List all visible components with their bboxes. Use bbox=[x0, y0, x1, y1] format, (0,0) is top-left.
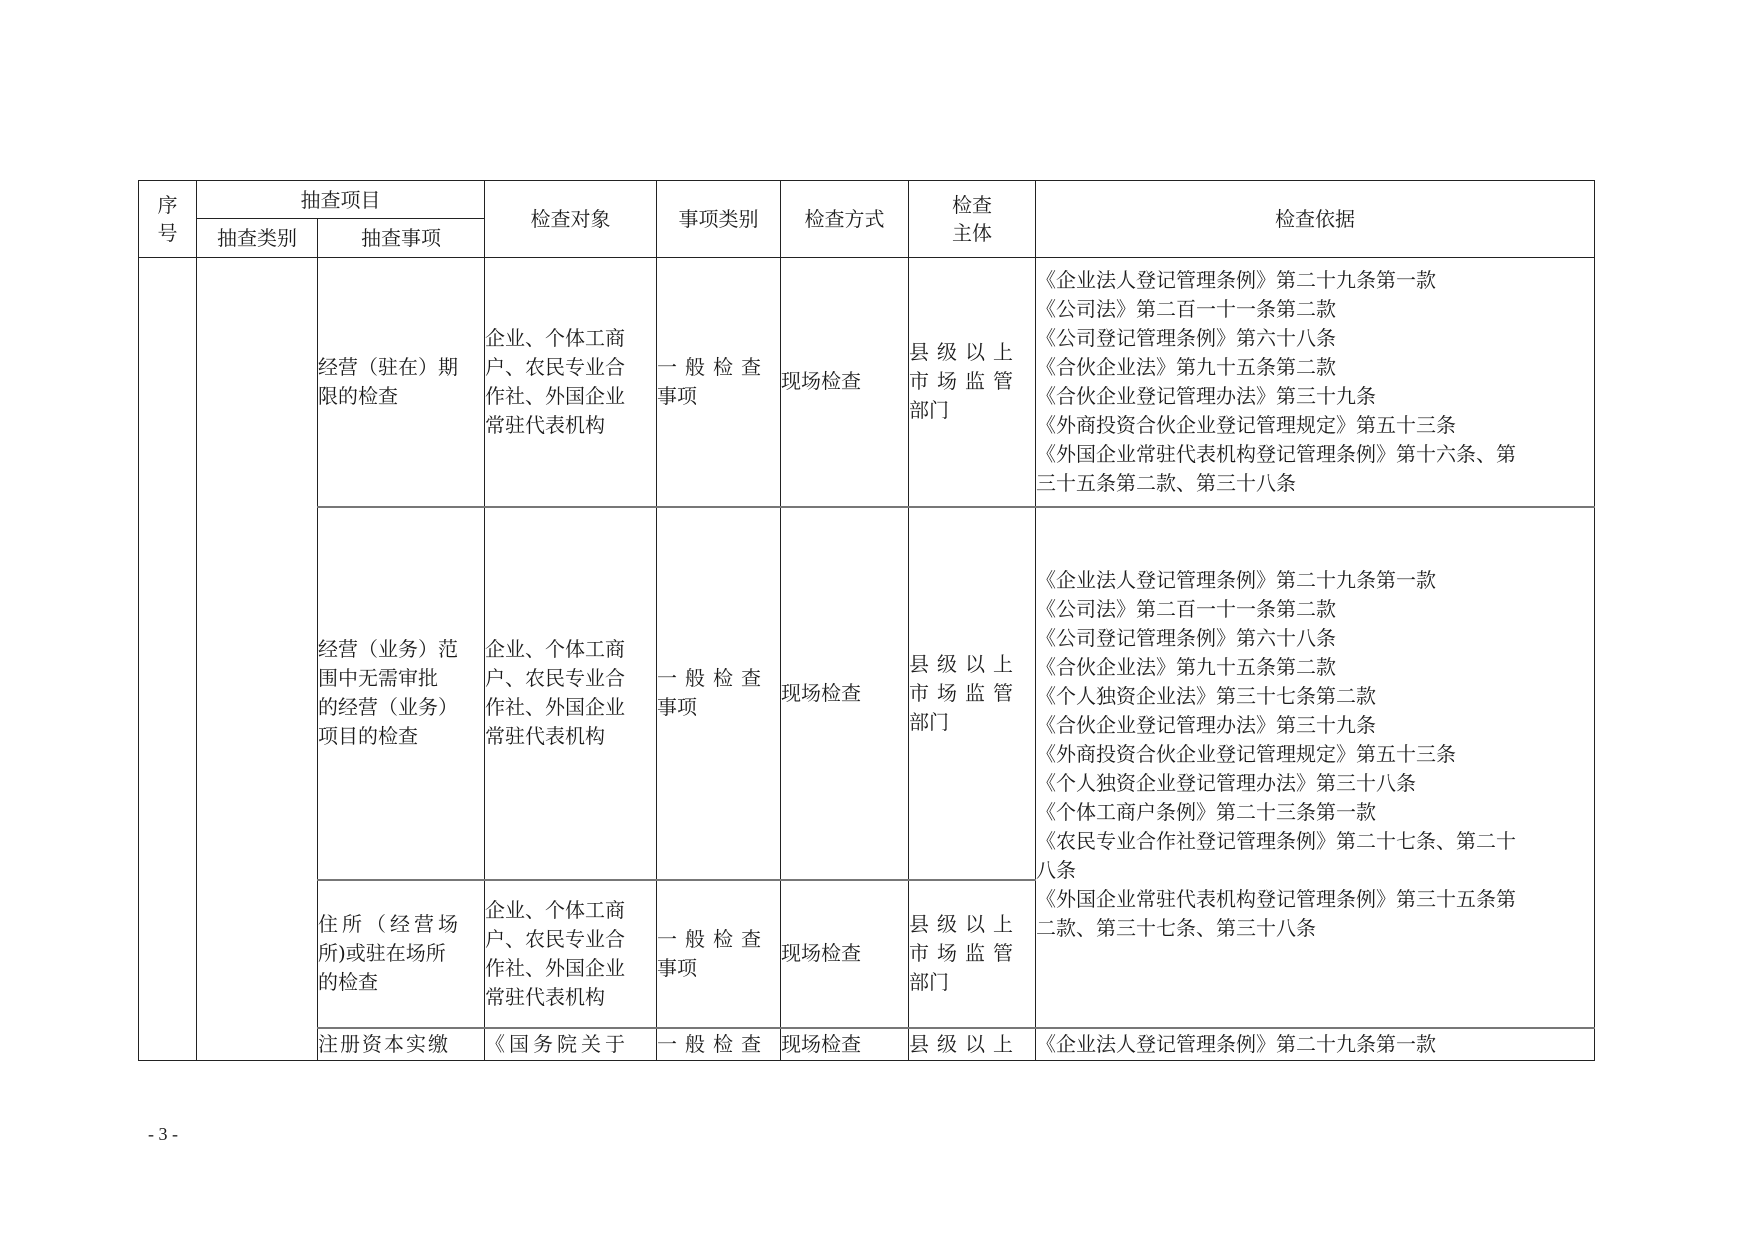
page-number: - 3 - bbox=[148, 1124, 178, 1145]
header-category: 抽查类别 bbox=[197, 219, 318, 258]
document-page: 序 号 抽查项目 检查对象 事项类别 检查方式 检查 主体 检查依据 抽查类别 … bbox=[0, 0, 1754, 1241]
method-cell: 现场检查 bbox=[781, 880, 909, 1028]
type-cell: 一般检查 bbox=[657, 1028, 781, 1061]
method-cell: 现场检查 bbox=[781, 507, 909, 880]
item-cell: 注册资本实缴 bbox=[318, 1028, 485, 1061]
target-cell: 《国务院关于 bbox=[485, 1028, 657, 1061]
target-cell: 企业、个体工商 户、农民专业合 作社、外国企业 常驻代表机构 bbox=[485, 258, 657, 507]
type-cell: 一般检查 事项 bbox=[657, 258, 781, 507]
item-cell: 经营（驻在）期 限的检查 bbox=[318, 258, 485, 507]
subject-cell: 县级以上 市场监管 部门 bbox=[909, 258, 1036, 507]
method-cell: 现场检查 bbox=[781, 1028, 909, 1061]
header-seq: 序 号 bbox=[139, 181, 197, 258]
header-item: 抽查事项 bbox=[318, 219, 485, 258]
inspection-table: 序 号 抽查项目 检查对象 事项类别 检查方式 检查 主体 检查依据 抽查类别 … bbox=[138, 180, 1595, 1061]
basis-cell: 《企业法人登记管理条例》第二十九条第一款 《公司法》第二百一十一条第二款 《公司… bbox=[1036, 258, 1595, 507]
category-cell bbox=[197, 258, 318, 1061]
header-project: 抽查项目 bbox=[197, 181, 485, 219]
basis-cell: 《企业法人登记管理条例》第二十九条第一款 bbox=[1036, 1028, 1595, 1061]
type-cell: 一般检查 事项 bbox=[657, 507, 781, 880]
target-cell: 企业、个体工商 户、农民专业合 作社、外国企业 常驻代表机构 bbox=[485, 880, 657, 1028]
header-row-1: 序 号 抽查项目 检查对象 事项类别 检查方式 检查 主体 检查依据 bbox=[139, 181, 1595, 219]
subject-cell: 县级以上 市场监管 部门 bbox=[909, 880, 1036, 1028]
basis-cell: 《企业法人登记管理条例》第二十九条第一款 《公司法》第二百一十一条第二款 《公司… bbox=[1036, 507, 1595, 1028]
table-row: 经营（驻在）期 限的检查 企业、个体工商 户、农民专业合 作社、外国企业 常驻代… bbox=[139, 258, 1595, 507]
header-item-type: 事项类别 bbox=[657, 181, 781, 258]
item-cell: 经营（业务）范 围中无需审批 的经营（业务） 项目的检查 bbox=[318, 507, 485, 880]
subject-cell: 县级以上 bbox=[909, 1028, 1036, 1061]
header-method: 检查方式 bbox=[781, 181, 909, 258]
method-cell: 现场检查 bbox=[781, 258, 909, 507]
target-cell: 企业、个体工商 户、农民专业合 作社、外国企业 常驻代表机构 bbox=[485, 507, 657, 880]
table-row: 经营（业务）范 围中无需审批 的经营（业务） 项目的检查 企业、个体工商 户、农… bbox=[139, 507, 1595, 880]
header-subject: 检查 主体 bbox=[909, 181, 1036, 258]
header-target: 检查对象 bbox=[485, 181, 657, 258]
header-basis: 检查依据 bbox=[1036, 181, 1595, 258]
subject-cell: 县级以上 市场监管 部门 bbox=[909, 507, 1036, 880]
type-cell: 一般检查 事项 bbox=[657, 880, 781, 1028]
table-row: 注册资本实缴 《国务院关于 一般检查 现场检查 县级以上 《企业法人登记管理条例… bbox=[139, 1028, 1595, 1061]
seq-cell bbox=[139, 258, 197, 1061]
item-cell: 住所（经营场 所)或驻在场所 的检查 bbox=[318, 880, 485, 1028]
